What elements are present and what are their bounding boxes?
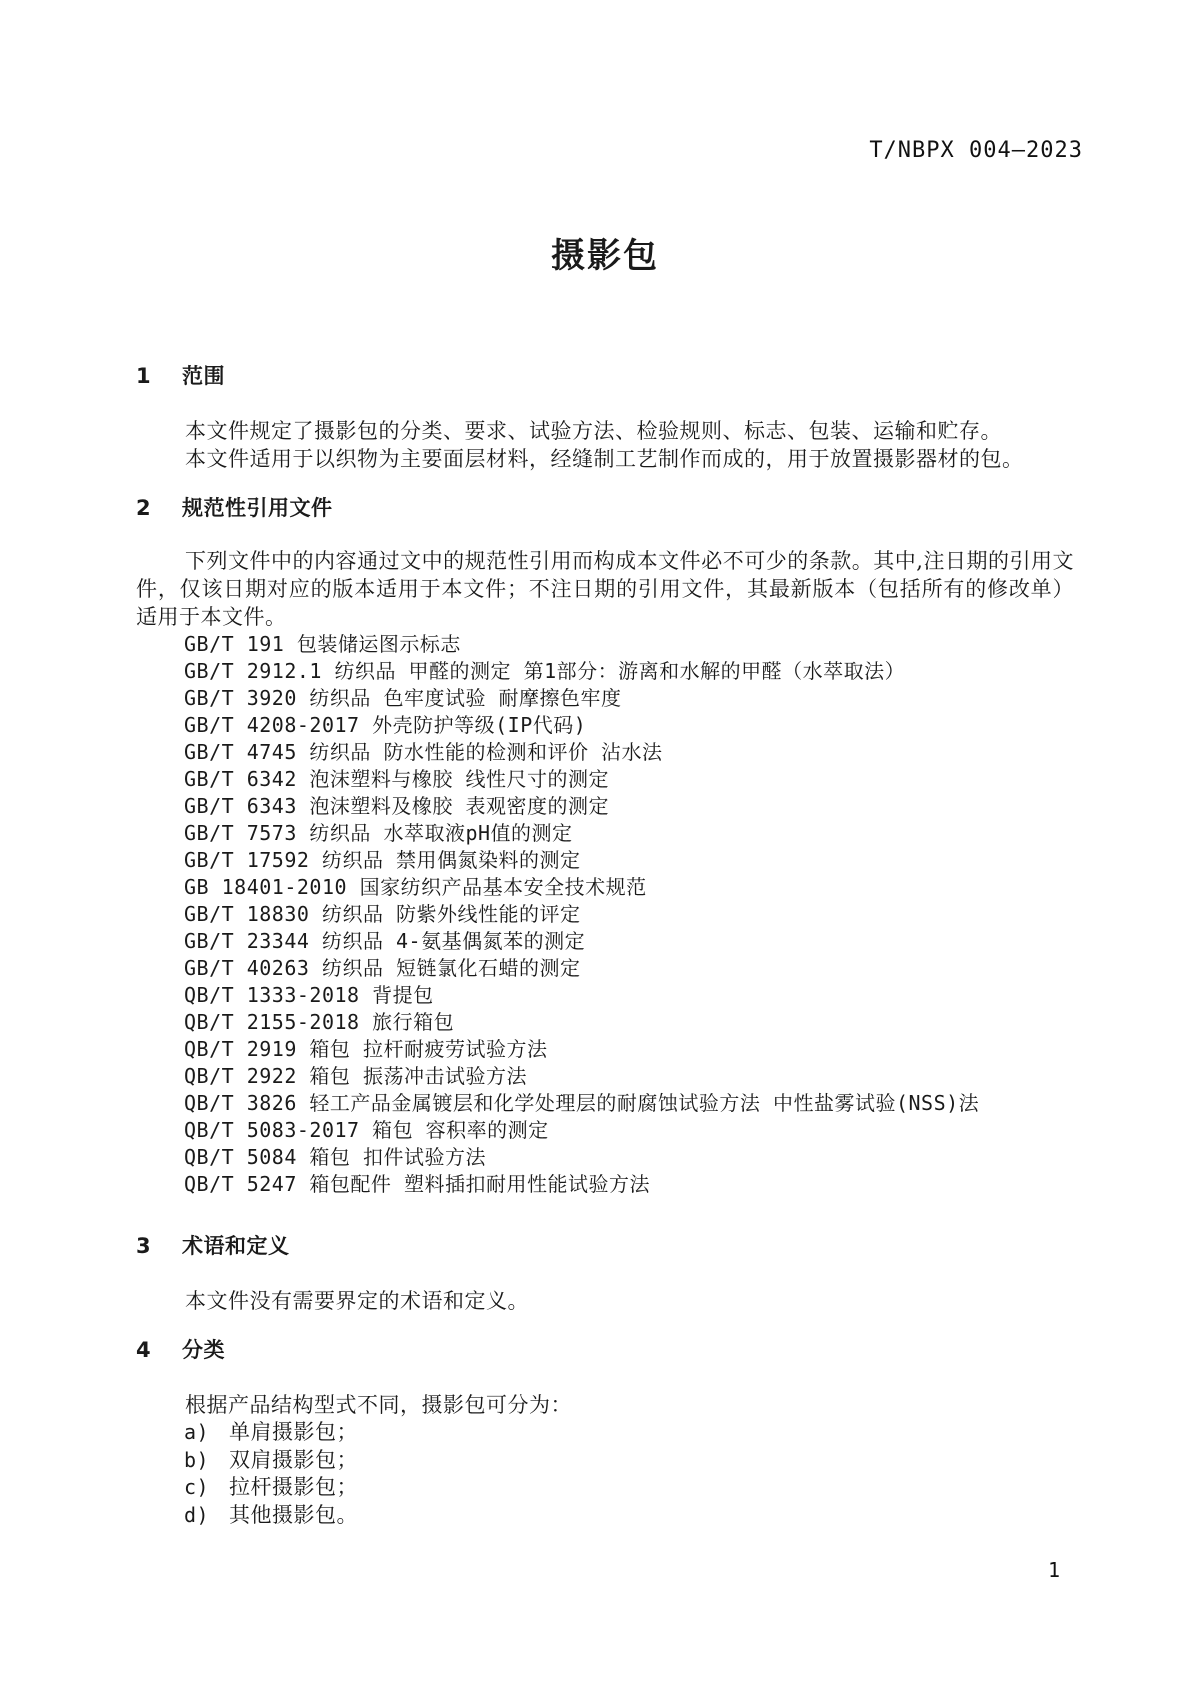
document-content: 摄影包 1范围 本文件规定了摄影包的分类、要求、试验方法、检验规则、标志、包装、… xyxy=(136,232,1074,1529)
reference-item: GB/T 23344 纺织品 4-氨基偶氮苯的测定 xyxy=(136,928,1074,955)
page-number: 1 xyxy=(1048,1558,1060,1582)
item-label: d) xyxy=(184,1502,229,1530)
reference-item: QB/T 3826 轻工产品金属镀层和化学处理层的耐腐蚀试验方法 中性盐雾试验(… xyxy=(136,1090,1074,1117)
section-2-number: 2 xyxy=(136,494,182,522)
doc-number: T/NBPX 004—2023 xyxy=(869,138,1083,163)
section-4-number: 4 xyxy=(136,1336,182,1364)
reference-item: QB/T 1333-2018 背提包 xyxy=(136,982,1074,1009)
section-1-title: 范围 xyxy=(182,364,225,388)
document-page: T/NBPX 004—2023 摄影包 1范围 本文件规定了摄影包的分类、要求、… xyxy=(0,0,1200,1696)
normative-references-list: GB/T 191 包装储运图示标志 GB/T 2912.1 纺织品 甲醛的测定 … xyxy=(136,631,1074,1198)
section-3-number: 3 xyxy=(136,1232,182,1260)
section-1-number: 1 xyxy=(136,362,182,390)
item-text: 其他摄影包。 xyxy=(229,1503,358,1527)
reference-item: GB/T 18830 纺织品 防紫外线性能的评定 xyxy=(136,901,1074,928)
section-3-heading: 3术语和定义 xyxy=(136,1232,1074,1260)
reference-item: GB/T 4208-2017 外壳防护等级(IP代码) xyxy=(136,712,1074,739)
reference-item: GB 18401-2010 国家纺织产品基本安全技术规范 xyxy=(136,874,1074,901)
reference-item: QB/T 2922 箱包 振荡冲击试验方法 xyxy=(136,1063,1074,1090)
classification-item: a)单肩摄影包； xyxy=(136,1419,1074,1447)
section-2-title: 规范性引用文件 xyxy=(182,496,333,520)
section-2-intro: 下列文件中的内容通过文中的规范性引用而构成本文件必不可少的条款。其中,注日期的引… xyxy=(136,547,1074,631)
section-3-paragraph: 本文件没有需要界定的术语和定义。 xyxy=(136,1287,1074,1315)
reference-item: GB/T 6342 泡沫塑料与橡胶 线性尺寸的测定 xyxy=(136,766,1074,793)
reference-item: QB/T 5247 箱包配件 塑料插扣耐用性能试验方法 xyxy=(136,1171,1074,1198)
classification-item: d)其他摄影包。 xyxy=(136,1502,1074,1530)
section-4-heading: 4分类 xyxy=(136,1336,1074,1364)
section-1-paragraph: 本文件规定了摄影包的分类、要求、试验方法、检验规则、标志、包装、运输和贮存。 xyxy=(136,417,1074,445)
reference-item: GB/T 191 包装储运图示标志 xyxy=(136,631,1074,658)
reference-item: GB/T 7573 纺织品 水萃取液pH值的测定 xyxy=(136,820,1074,847)
item-label: a) xyxy=(184,1419,229,1447)
section-4-intro: 根据产品结构型式不同，摄影包可分为： xyxy=(136,1391,1074,1419)
item-label: c) xyxy=(184,1474,229,1502)
reference-item: QB/T 5084 箱包 扣件试验方法 xyxy=(136,1144,1074,1171)
item-label: b) xyxy=(184,1447,229,1475)
item-text: 拉杆摄影包； xyxy=(229,1475,358,1499)
classification-list: a)单肩摄影包； b)双肩摄影包； c)拉杆摄影包； d)其他摄影包。 xyxy=(136,1419,1074,1529)
section-1-heading: 1范围 xyxy=(136,362,1074,390)
page-title: 摄影包 xyxy=(136,232,1074,280)
classification-item: c)拉杆摄影包； xyxy=(136,1474,1074,1502)
item-text: 单肩摄影包； xyxy=(229,1420,358,1444)
reference-item: GB/T 4745 纺织品 防水性能的检测和评价 沾水法 xyxy=(136,739,1074,766)
section-4-title: 分类 xyxy=(182,1338,225,1362)
reference-item: GB/T 6343 泡沫塑料及橡胶 表观密度的测定 xyxy=(136,793,1074,820)
reference-item: GB/T 2912.1 纺织品 甲醛的测定 第1部分：游离和水解的甲醛（水萃取法… xyxy=(136,658,1074,685)
reference-item: QB/T 2155-2018 旅行箱包 xyxy=(136,1009,1074,1036)
reference-item: QB/T 5083-2017 箱包 容积率的测定 xyxy=(136,1117,1074,1144)
reference-item: GB/T 3920 纺织品 色牢度试验 耐摩擦色牢度 xyxy=(136,685,1074,712)
reference-item: GB/T 17592 纺织品 禁用偶氮染料的测定 xyxy=(136,847,1074,874)
reference-item: QB/T 2919 箱包 拉杆耐疲劳试验方法 xyxy=(136,1036,1074,1063)
section-1-paragraph: 本文件适用于以织物为主要面层材料，经缝制工艺制作而成的，用于放置摄影器材的包。 xyxy=(136,445,1074,473)
section-3-title: 术语和定义 xyxy=(182,1234,290,1258)
item-text: 双肩摄影包； xyxy=(229,1448,358,1472)
reference-item: GB/T 40263 纺织品 短链氯化石蜡的测定 xyxy=(136,955,1074,982)
section-2-heading: 2规范性引用文件 xyxy=(136,494,1074,522)
classification-item: b)双肩摄影包； xyxy=(136,1447,1074,1475)
